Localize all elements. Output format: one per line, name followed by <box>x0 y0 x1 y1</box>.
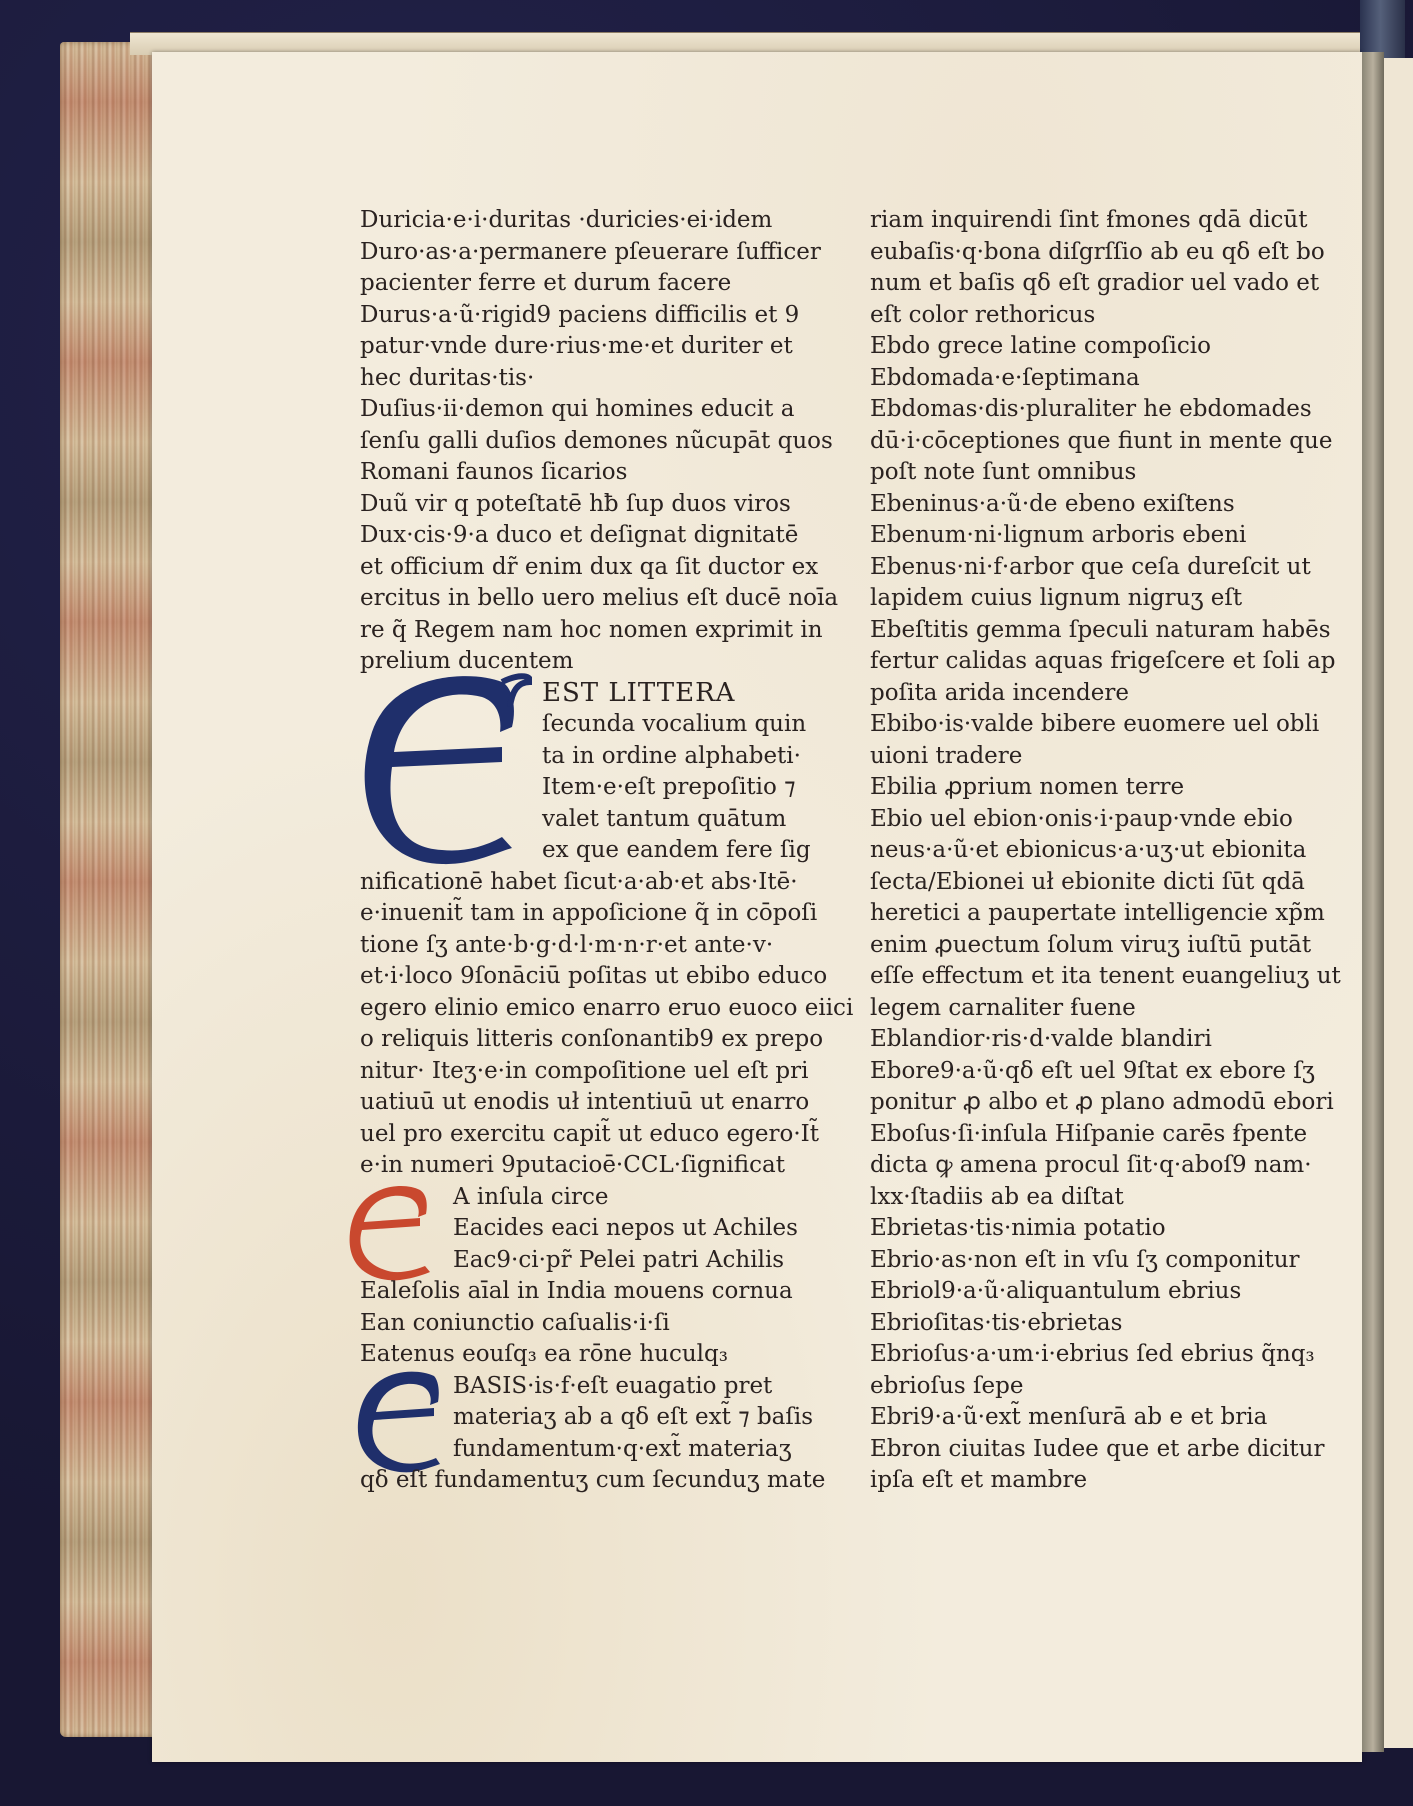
page-gutter <box>1362 52 1384 1752</box>
text-line: Ebore9·a·ũ·qδ eſt uel 9ſtat ex ebore ſʒ <box>870 1056 1310 1088</box>
text-line: et officium dr̃ enim dux qa ſit ductor e… <box>360 552 820 584</box>
left-column: Duricia·e·i·duritas ·duricies·ei·idem Du… <box>360 205 820 1497</box>
text-line: lapidem cuius lignum nigruʒ eſt <box>870 583 1310 615</box>
text-line: o reliquis litteris conſonantib9 ex prep… <box>360 1024 820 1056</box>
text-line: e·in numeri 9putacioē·CCL·ſignificat <box>360 1150 820 1182</box>
text-line: eſt color rethoricus <box>870 300 1310 332</box>
text-line: ſecta/Ebionei uł ebionite dicti ſūt qdā <box>870 867 1310 899</box>
text-line: dū·i·cōceptiones que fiunt in mente que <box>870 426 1310 458</box>
text-line: ſenſu galli duſios demones nũcupāt quos <box>360 426 820 458</box>
text-line: Eacides eaci nepos ut Achiles <box>360 1213 820 1245</box>
text-line: ercitus in bello uero melius eſt ducē no… <box>360 583 820 615</box>
text-line: Ebrietas·tis·nimia potatio <box>870 1213 1310 1245</box>
text-line: Ebeninus·a·ũ·de ebeno exiſtens <box>870 489 1310 521</box>
facing-page-edge <box>1384 58 1413 1748</box>
text-line: Ebron ciuitas Iudee que et arbe dicitur <box>870 1434 1310 1466</box>
text-line: prelium ducentem <box>360 646 820 678</box>
text-line: nificationē habet ſicut·a·ab·et abs·Itē· <box>360 867 820 899</box>
text-line: qδ eſt fundamentuʒ cum ſecunduʒ mate <box>360 1465 820 1497</box>
text-line: Ebibo·is·valde bibere euomere uel obli <box>870 709 1310 741</box>
text-line: pacienter ferre et durum facere <box>360 268 820 300</box>
book-fore-edge <box>60 42 155 1737</box>
text-line: Item·e·eſt prepoſitio ⁊ <box>360 772 820 804</box>
text-line: ipſa eſt et mambre <box>870 1465 1310 1497</box>
text-line: fertur calidas aquas frigeſcere et ſoli … <box>870 646 1310 678</box>
text-line: materiaʒ ab a qδ eſt ext̃ ⁊ baſis <box>360 1402 820 1434</box>
text-line: Duro·as·a·permanere pſeuerare ſufficer <box>360 237 820 269</box>
text-line: uioni tradere <box>870 741 1310 773</box>
text-line: Ebrio·as·non eſt in vſu ſʒ componitur <box>870 1245 1310 1277</box>
text-line: tione ſʒ ante·b·g·d·l·m·n·r·et ante·v· <box>360 930 820 962</box>
text-line: Eblandior·ris·d·valde blandiri <box>870 1024 1310 1056</box>
text-line: Dux·cis·9·a duco et deſignat dignitatē <box>360 520 820 552</box>
text-line: ponitur ꝓ albo et ꝓ plano admodū ebori <box>870 1087 1310 1119</box>
text-line: patur·vnde dure·rius·me·et duriter et <box>360 331 820 363</box>
text-line: ta in ordine alphabeti· <box>360 741 820 773</box>
text-line: Duricia·e·i·duritas ·duricies·ei·idem <box>360 205 820 237</box>
text-line: num et baſis qδ eſt gradior uel vado et <box>870 268 1310 300</box>
text-line: heretici a paupertate intelligencie xp̃m <box>870 898 1310 930</box>
text-line: uel pro exercitu capit̃ ut educo egero·I… <box>360 1119 820 1151</box>
text-line: poſita arida incendere <box>870 678 1310 710</box>
text-line: egero elinio emico enarro eruo euoco eii… <box>360 993 820 1025</box>
text-line: fundamentum·q·ext̃ materiaʒ <box>360 1434 820 1466</box>
text-line: Ebrioſus·a·um·i·ebrius ſed ebrius q̃nq₃ <box>870 1339 1310 1371</box>
text-line: Ebilia ꝓprium nomen terre <box>870 772 1310 804</box>
text-line: Ebri9·a·ũ·ext̃ menſurā ab e et bria <box>870 1402 1310 1434</box>
right-column: riam inquirendi ſint ẜmones qdā dicūt eu… <box>870 205 1310 1497</box>
text-line: Eatenus eouſq₃ ea rōne huculq₃ <box>360 1339 820 1371</box>
text-line: Eac9·ci·pr̃ Pelei patri Achilis <box>360 1245 820 1277</box>
entry-heading: BASIS·is·f·eſt euagatio pret <box>360 1371 820 1403</box>
entry-heading: EST LITTERA <box>360 678 820 710</box>
text-line: e·inuenit̃ tam in appoſicione q̃ in cōpo… <box>360 898 820 930</box>
text-line: Romani faunos ſicarios <box>360 457 820 489</box>
text-line: Ebdomada·e·ſeptimana <box>870 363 1310 395</box>
text-line: eubaſis·q·bona diſgrſſio ab eu qδ eſt bo <box>870 237 1310 269</box>
text-line: Eboſus·ſi·inſula Hiſpanie carēs ẜpente <box>870 1119 1310 1151</box>
text-line: valet tantum quātum <box>360 804 820 836</box>
text-line: dicta ꝙ amena procul ſit·q·aboſ9 nam· <box>870 1150 1310 1182</box>
text-line: et·i·loco 9ſonāciū poſitas ut ebibo educ… <box>360 961 820 993</box>
text-line: lxx·ſtadiis ab ea diſtat <box>870 1182 1310 1214</box>
text-line: Durus·a·ũ·rigid9 paciens difficilis et 9 <box>360 300 820 332</box>
text-line: legem carnaliter ẜuene <box>870 993 1310 1025</box>
text-line: Ebrioſitas·tis·ebrietas <box>870 1308 1310 1340</box>
text-line: Ebeſtitis gemma ſpeculi naturam habēs <box>870 615 1310 647</box>
book-spine <box>1360 0 1405 58</box>
text-line: Duſius·ii·demon qui homines educit a <box>360 394 820 426</box>
text-line: Ean coniunctio caſualis·i·ſi <box>360 1308 820 1340</box>
text-line: Ebio uel ebion·onis·i·paup·vnde ebio <box>870 804 1310 836</box>
text-line: ebrioſus ſepe <box>870 1371 1310 1403</box>
text-line: ex que eandem fere ſig <box>360 835 820 867</box>
text-line: Ebriol9·a·ũ·aliquantulum ebrius <box>870 1276 1310 1308</box>
text-line: A inſula circe <box>360 1182 820 1214</box>
text-line: nitur· Iteʒ·e·in compoſitione uel eſt pr… <box>360 1056 820 1088</box>
text-line: Ebdomas·dis·pluraliter he ebdomades <box>870 394 1310 426</box>
text-line: neus·a·ũ·et ebionicus·a·uʒ·ut ebionita <box>870 835 1310 867</box>
text-line: Ebenum·ni·lignum arboris ebeni <box>870 520 1310 552</box>
text-line: eſſe effectum et ita tenent euangeliuʒ u… <box>870 961 1310 993</box>
text-line: ſecunda vocalium quin <box>360 709 820 741</box>
text-line: re q̃ Regem nam hoc nomen exprimit in <box>360 615 820 647</box>
text-line: Ealeſolis aīal in India mouens cornua <box>360 1276 820 1308</box>
text-line: Duũ vir q poteſtatē hƀ ſup duos viros <box>360 489 820 521</box>
text-line: riam inquirendi ſint ẜmones qdā dicūt <box>870 205 1310 237</box>
text-line: enim ꝓuectum ſolum viruʒ iuſtū putāt <box>870 930 1310 962</box>
text-line: Ebenus·ni·f·arbor que ceſa dureſcit ut <box>870 552 1310 584</box>
text-line: uatiuū ut enodis uł intentiuū ut enarro <box>360 1087 820 1119</box>
text-line: hec duritas·tis· <box>360 363 820 395</box>
text-line: Ebdo grece latine compoſicio <box>870 331 1310 363</box>
text-line: poſt note ſunt omnibus <box>870 457 1310 489</box>
